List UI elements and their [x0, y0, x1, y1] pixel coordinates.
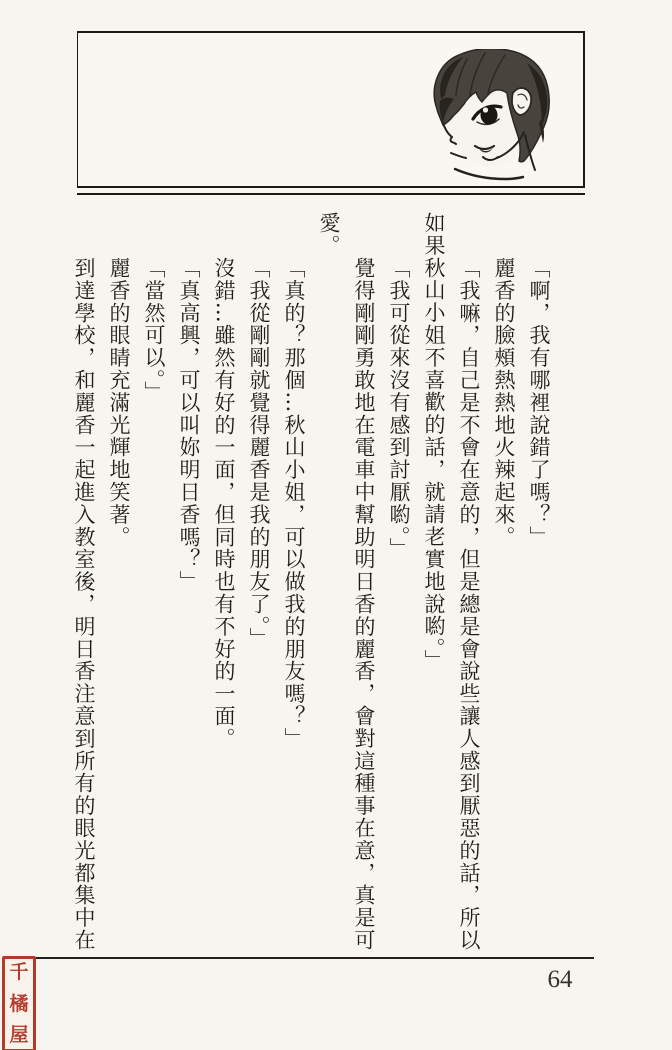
dialogue-paragraph: 「當然可以。」: [136, 212, 171, 956]
dialogue-paragraph: 「我嘛，自己是不會在意的，但是總是會說些讓人感到厭惡的話，所以如果秋山小姐不喜歡…: [416, 212, 486, 956]
narration-paragraph: 沒錯…雖然有好的一面，但同時也有不好的一面。: [206, 212, 241, 956]
dialogue-paragraph: 「我可從來沒有感到討厭喲。」: [381, 212, 416, 956]
vertical-text-block: 「啊，我有哪裡說錯了嗎？」 麗香的臉頰熱熱地火辣起來。 「我嘛，自己是不會在意的…: [64, 212, 556, 956]
book-page: 「啊，我有哪裡說錯了嗎？」 麗香的臉頰熱熱地火辣起來。 「我嘛，自己是不會在意的…: [0, 0, 672, 1050]
stamp-character: 屋: [9, 1026, 28, 1045]
page-number: 64: [536, 966, 584, 994]
dialogue-paragraph: 「我從剛剛就覺得麗香是我的朋友了。」: [241, 212, 276, 956]
footer-rule: [35, 957, 594, 959]
publisher-seal-stamp: 千 橘 屋: [2, 956, 36, 1050]
stamp-character: 橘: [9, 995, 28, 1014]
narration-paragraph: 到達學校，和麗香一起進入教室後，明日香注意到所有的眼光都集中在: [66, 212, 101, 956]
illustration-panel: [77, 31, 585, 188]
panel-underline: [77, 193, 585, 195]
dialogue-paragraph: 「真的？那個…秋山小姐，可以做我的朋友嗎？」: [276, 212, 311, 956]
stamp-character: 千: [9, 963, 28, 982]
dialogue-paragraph: 「真高興，可以叫妳明日香嗎？」: [171, 212, 206, 956]
portrait-ear: [512, 88, 531, 115]
narration-paragraph: 覺得剛剛勇敢地在電車中幫助明日香的麗香，會對這種事在意，真是可愛。: [311, 212, 381, 956]
narration-paragraph: 麗香的眼睛充滿光輝地笑著。: [101, 212, 136, 956]
narration-paragraph: 麗香的臉頰熱熱地火辣起來。: [486, 212, 521, 956]
character-portrait-illustration: [427, 49, 551, 181]
dialogue-paragraph: 「啊，我有哪裡說錯了嗎？」: [521, 212, 556, 956]
